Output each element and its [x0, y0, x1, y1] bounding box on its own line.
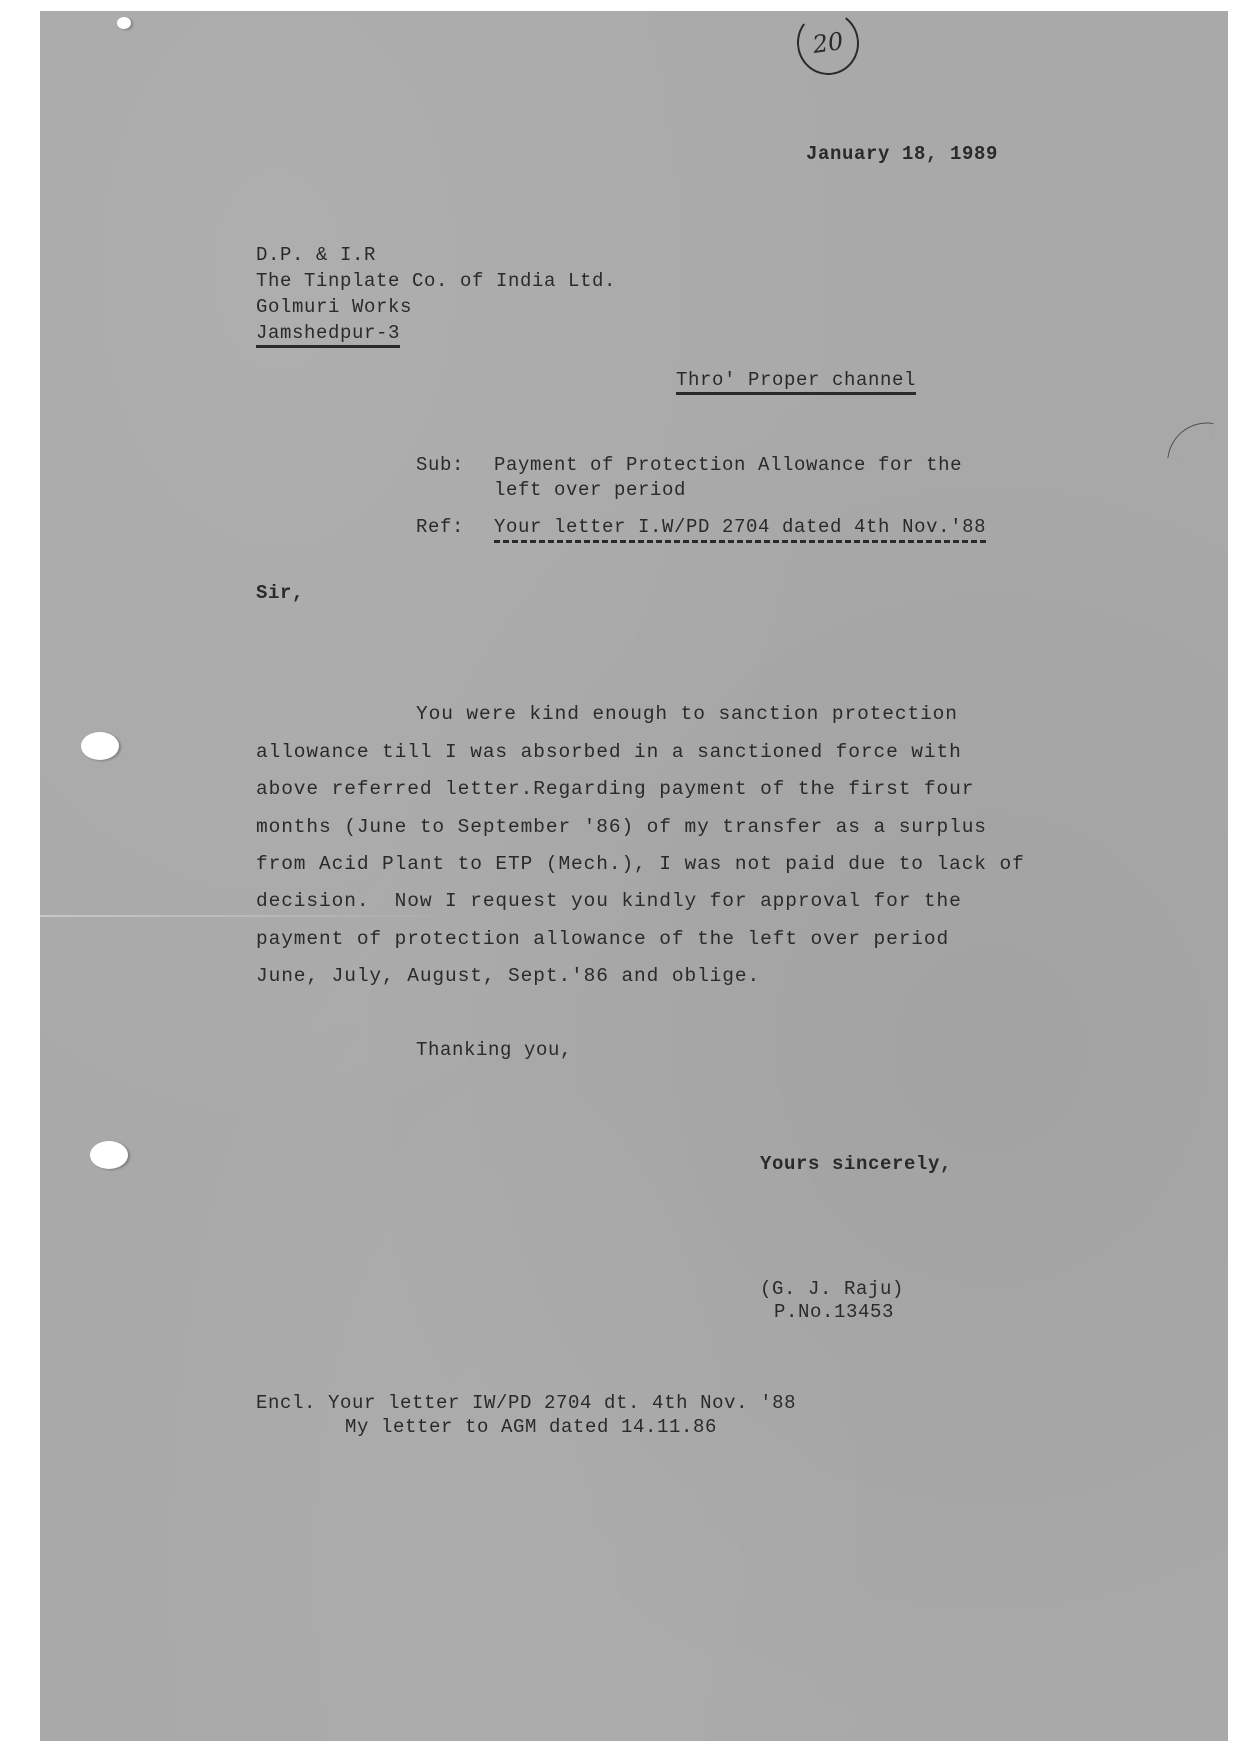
salutation: Sir,	[256, 584, 304, 603]
paper-damage-mark	[117, 17, 131, 29]
signatory-personal-number: P.No.13453	[774, 1303, 894, 1322]
thanks-line: Thanking you,	[416, 1041, 572, 1060]
recipient-line-3: Golmuri Works	[256, 298, 412, 317]
enclosure-line-2: My letter to AGM dated 14.11.86	[345, 1418, 717, 1437]
body-line: decision. Now I request you kindly for a…	[256, 892, 962, 912]
punch-hole-lower	[90, 1141, 128, 1169]
paper-crease	[40, 915, 460, 917]
body-line: above referred letter.Regarding payment …	[256, 780, 974, 800]
subject-line-2: left over period	[494, 481, 686, 500]
body-line: months (June to September '86) of my tra…	[256, 818, 987, 838]
body-line: You were kind enough to sanction protect…	[416, 705, 958, 725]
letter-page	[40, 11, 1228, 1741]
reference-text: Your letter I.W/PD 2704 dated 4th Nov.'8…	[494, 518, 986, 543]
recipient-line-1: D.P. & I.R	[256, 246, 376, 265]
reference-label: Ref:	[416, 518, 464, 537]
routing-note: Thro' Proper channel	[676, 371, 916, 395]
recipient-line-2: The Tinplate Co. of India Ltd.	[256, 272, 616, 291]
body-line: allowance till I was absorbed in a sanct…	[256, 743, 962, 763]
enclosure-line-1: Encl. Your letter IW/PD 2704 dt. 4th Nov…	[256, 1394, 796, 1413]
subject-line-1: Payment of Protection Allowance for the	[494, 456, 962, 475]
body-line: payment of protection allowance of the l…	[256, 930, 949, 950]
recipient-city: Jamshedpur-3	[256, 324, 400, 348]
signatory-name: (G. J. Raju)	[760, 1280, 904, 1299]
body-line: June, July, August, Sept.'86 and oblige.	[256, 967, 760, 987]
subject-label: Sub:	[416, 456, 464, 475]
body-line: from Acid Plant to ETP (Mech.), I was no…	[256, 855, 1025, 875]
closing: Yours sincerely,	[760, 1155, 952, 1174]
letter-date: January 18, 1989	[806, 145, 998, 164]
punch-hole-upper	[81, 732, 119, 760]
